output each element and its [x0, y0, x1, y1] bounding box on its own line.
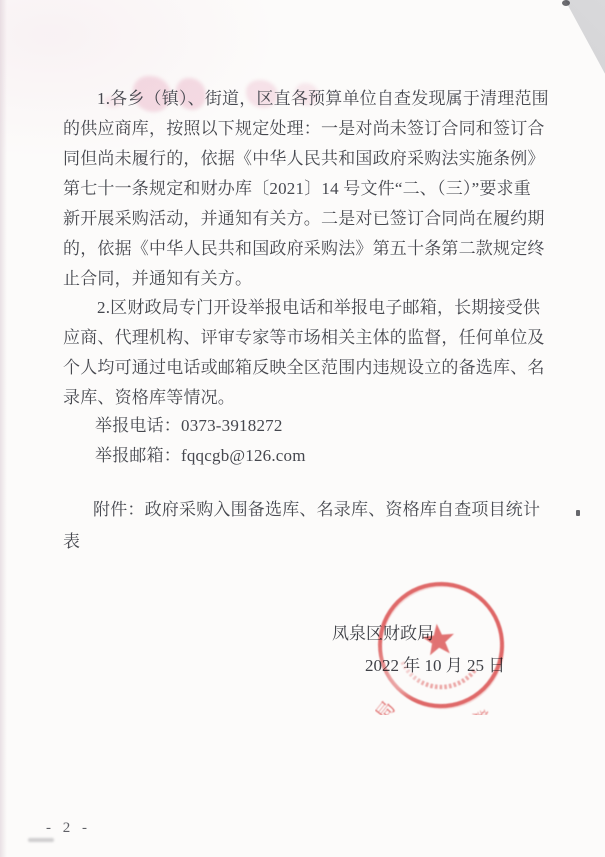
body-line: 同但尚未履行的，依据《中华人民共和国政府采购法实施条例》 [63, 148, 545, 170]
scan-smudge [28, 838, 54, 842]
folded-corner-shadow [551, 0, 605, 82]
body-line: 录库、资格库等情况。 [63, 387, 235, 409]
body-line: 的，依据《中华人民共和国政府采购法》第五十条第二款规定终 [63, 238, 545, 260]
body-line: 第七十一条规定和财办库〔2021〕14 号文件“二、（三）”要求重 [63, 178, 531, 200]
scan-edge-shadow [0, 0, 7, 857]
report-email-line: 举报邮箱：fqqcgb@126.com [95, 445, 306, 467]
scan-speck [576, 510, 580, 516]
page-number: - 2 - [46, 820, 91, 837]
attachment-line: 附件：政府采购入围备选库、名录库、资格库自查项目统计 [93, 499, 540, 521]
body-line: 1.各乡（镇）、街道，区直各预算单位自查发现属于清理范围 [97, 88, 549, 110]
body-line: 止合同，并通知有关方。 [63, 268, 252, 290]
stamp-ink-fade [380, 625, 427, 697]
scan-speck [562, 0, 570, 6]
body-line: 个人均可通过电话或邮箱反映全区范围内违规设立的备选库、名 [63, 357, 545, 379]
folded-corner [551, 0, 605, 82]
body-line: 的供应商库，按照以下规定处理：一是对尚未签订合同和签订合 [63, 118, 545, 140]
body-line: 新开展采购活动，并通知有关方。二是对已签订合同尚在履约期 [63, 208, 545, 230]
scanned-document-page: 1.各乡（镇）、街道，区直各预算单位自查发现属于清理范围 的供应商库，按照以下规… [0, 0, 605, 857]
body-line: 应商、代理机构、评审专家等市场相关主体的监督，任何单位及 [63, 327, 545, 349]
attachment-line: 表 [63, 531, 80, 553]
body-line: 2.区财政局专门开设举报电话和举报电子邮箱，长期接受供 [97, 297, 540, 319]
official-seal-stamp: 新乡市凤泉区财政局 [375, 577, 507, 715]
stamp-star-icon [421, 622, 456, 656]
report-hotline-line: 举报电话：0373-3918272 [95, 415, 283, 437]
